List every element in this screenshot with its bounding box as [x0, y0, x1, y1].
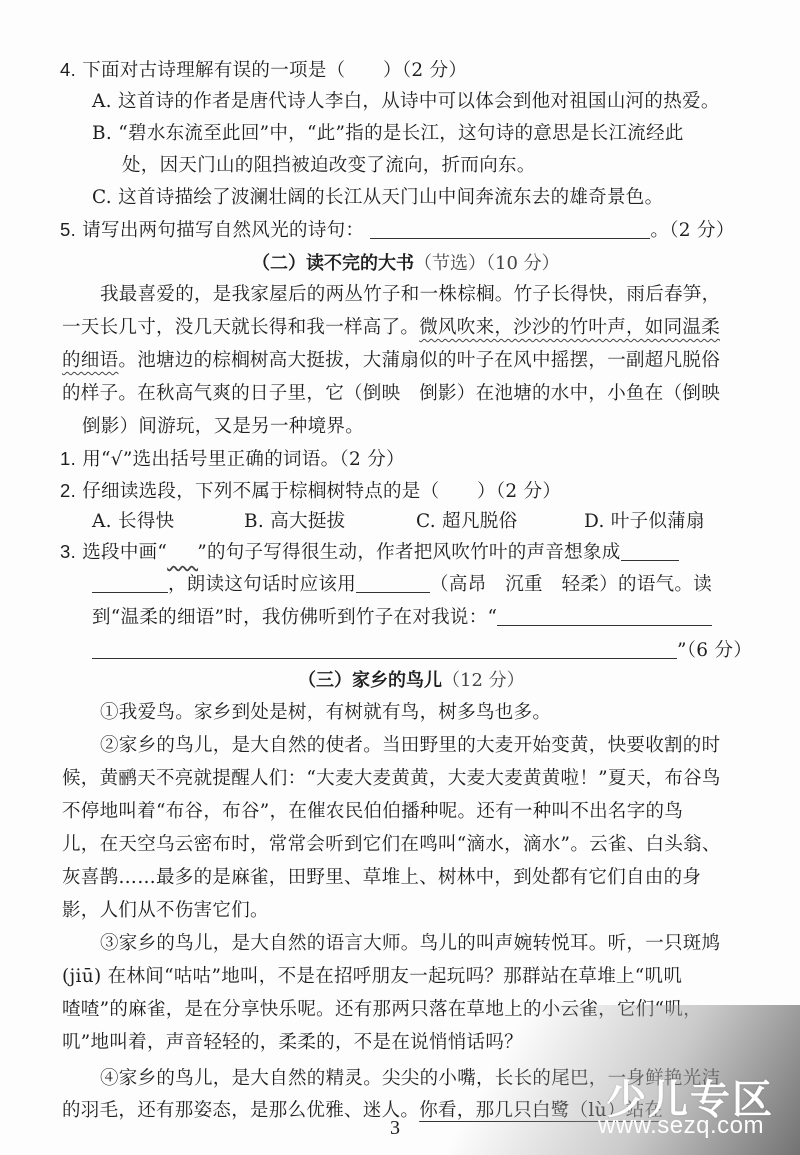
question-number: 4. — [60, 59, 76, 80]
question-number: 1. — [60, 448, 76, 469]
section-two-q3-line3: 到“温柔的细语”时，我仿佛听到竹子在对我说：“ — [92, 605, 712, 631]
passage-line: 的细语。池塘边的棕榈树高大挺拔，大蒲扇似的叶子在风中摇摆，一副超凡脱俗 — [62, 348, 720, 374]
answer-blank[interactable] — [92, 572, 168, 593]
section-score: （12 分） — [442, 670, 525, 691]
question-number: 3. — [60, 541, 76, 562]
answer-blank[interactable] — [621, 540, 679, 561]
question-text: ”的句子写得很生动，作者把风吹竹叶的声音想象成 — [197, 542, 620, 563]
passage-line: 的样子。在秋高气爽的日子里，它（倒映 倒影）在池塘的水中，小鱼在（倒映 — [62, 381, 720, 407]
option-d: D. 叶子似蒲扇 — [584, 509, 705, 535]
paragraph-2-line: 不停地叫着“布谷，布谷”，在催农民伯伯播种呢。还有一种叫不出名字的鸟 — [62, 799, 683, 825]
question-number: 2. — [60, 480, 76, 501]
question-number: 5. — [60, 219, 76, 240]
q4-option-a: A. 这首诗的作者是唐代诗人李白，从诗中可以体会到他对祖国山河的热爱。 — [92, 89, 720, 115]
question-prompt: 下面对古诗理解有误的一项是（ ）（2 分） — [82, 60, 467, 81]
option-text: “碧水东流至此回”中，“此”指的是长江，这句诗的意思是长江流经此 — [118, 123, 683, 144]
paragraph-1: ①我爱鸟。家乡到处是树，有树就有鸟，树多鸟也多。 — [100, 700, 551, 726]
answer-blank[interactable] — [356, 572, 430, 593]
section-two-title: （二）读不完的大书（节选）（10 分） — [252, 251, 560, 277]
question-text: 选段中画“ — [82, 542, 167, 563]
section-title-text: （二）读不完的大书 — [252, 253, 414, 274]
answer-blank[interactable] — [497, 605, 712, 626]
paragraph-2-line: 影，人们从不伤害它们。 — [62, 898, 269, 924]
watermark-url: www.sezq.com — [598, 1112, 764, 1140]
section-title-text: （三）家乡的鸟儿 — [298, 670, 442, 691]
passage-text: 。池塘边的棕榈树高大挺拔，大蒲扇似的叶子在风中摇摆，一副超凡脱俗 — [118, 350, 720, 371]
question-5: 5. 请写出两句描写自然风光的诗句： 。（2 分） — [60, 217, 735, 244]
worksheet-page: 4. 下面对古诗理解有误的一项是（ ）（2 分） A. 这首诗的作者是唐代诗人李… — [0, 0, 800, 1155]
paragraph-3-line: ③家乡的鸟儿，是大自然的语言大师。鸟儿的叫声婉转悦耳。听，一只斑鸠 — [100, 931, 720, 957]
passage-line: 我最喜爱的，是我家屋后的两丛竹子和一株棕榈。竹子长得快，雨后春笋， — [100, 282, 720, 308]
section-two-q3: 3. 选段中画“ ”的句子写得很生动，作者把风吹竹叶的声音想象成 — [60, 539, 679, 566]
wavy-line-marker — [167, 543, 197, 563]
wavy-underlined-sentence: 的细语 — [62, 350, 118, 371]
paragraph-2-line: 儿，在天空乌云密布时，常常会听到它们在鸣叫“滴水，滴水”。云雀、白头翁、 — [62, 832, 721, 858]
question-prompt: 用“√”选出括号里正确的词语。（2 分） — [82, 449, 405, 470]
section-three-title: （三）家乡的鸟儿（12 分） — [298, 668, 525, 694]
option-b: B. 高大挺拔 — [244, 509, 345, 535]
option-text: 这首诗的作者是唐代诗人李白，从诗中可以体会到他对祖国山河的热爱。 — [118, 91, 720, 112]
passage-line: 一天长几寸，没几天就长得和我一样高了。微风吹来，沙沙的竹叶声，如同温柔 — [62, 315, 720, 341]
option-c: C. 超凡脱俗 — [416, 509, 517, 535]
section-two-q2: 2. 仔细读选段，下列不属于棕榈树特点的是（ ）（2 分） — [60, 478, 561, 505]
question-4: 4. 下面对古诗理解有误的一项是（ ）（2 分） — [60, 57, 467, 84]
question-text: ，朗读这句话时应该用 — [168, 574, 356, 595]
q4-option-b: B. “碧水东流至此回”中，“此”指的是长江，这句诗的意思是长江流经此 — [92, 121, 684, 147]
section-title-note: （节选） — [414, 253, 486, 274]
option-label: A. — [92, 91, 112, 112]
passage-text: 一天长几寸，没几天就长得和我一样高了。 — [62, 317, 419, 338]
question-prompt: 请写出两句描写自然风光的诗句： — [82, 220, 364, 241]
paragraph-2-line: ②家乡的鸟儿，是大自然的使者。当田野里的大麦开始变黄，快要收割的时 — [100, 733, 720, 759]
q4-option-b-continued: 处，因天门山的阻挡被迫改变了流向，折而向东。 — [122, 153, 536, 179]
section-two-q3-line4: ”（6 分） — [92, 638, 752, 664]
option-label: B. — [92, 123, 112, 144]
passage-line: 倒影）间游玩，又是另一种境界。 — [82, 414, 364, 440]
q4-option-c: C. 这首诗描绘了波澜壮阔的长江从天门山中间奔流东去的雄奇景色。 — [92, 185, 663, 211]
paragraph-2-line: 灰喜鹊……最多的是麻雀，田野里、草堆上、树林中，到处都有它们自由的身 — [62, 865, 701, 891]
paragraph-3-line: (jiū) 在林间“咕咕”地叫，不是在招呼朋友一起玩吗？那群站在草堆上“叽叽 — [62, 964, 682, 990]
page-number: 3 — [390, 1117, 400, 1140]
option-text: 这首诗描绘了波澜壮阔的长江从天门山中间奔流东去的雄奇景色。 — [118, 187, 663, 208]
question-text: （高昂 沉重 轻柔）的语气。读 — [430, 574, 712, 595]
question-prompt: 仔细读选段，下列不属于棕榈树特点的是（ ）（2 分） — [82, 481, 561, 502]
answer-blank[interactable] — [370, 218, 650, 239]
question-text: 到“温柔的细语”时，我仿佛听到竹子在对我说：“ — [92, 607, 497, 628]
option-a: A. 长得快 — [92, 509, 174, 535]
paragraph-text: 的羽毛，还有那姿态，是那么优雅、迷人。 — [62, 1100, 419, 1121]
wavy-underlined-sentence: 微风吹来，沙沙的竹叶声，如同温柔 — [419, 317, 720, 338]
answer-blank[interactable] — [92, 638, 677, 659]
section-two-q3-line2: ，朗读这句话时应该用（高昂 沉重 轻柔）的语气。读 — [92, 572, 712, 598]
section-score: （10 分） — [486, 253, 560, 274]
score-label: ”（6 分） — [677, 640, 752, 661]
option-label: C. — [92, 187, 112, 208]
score-label: 。（2 分） — [650, 220, 734, 241]
paragraph-2-line: 候，黄鹂天不亮就提醒人们：“大麦大麦黄黄，大麦大麦黄黄啦！”夏天，布谷鸟 — [62, 766, 721, 792]
section-two-q1: 1. 用“√”选出括号里正确的词语。（2 分） — [60, 446, 405, 473]
